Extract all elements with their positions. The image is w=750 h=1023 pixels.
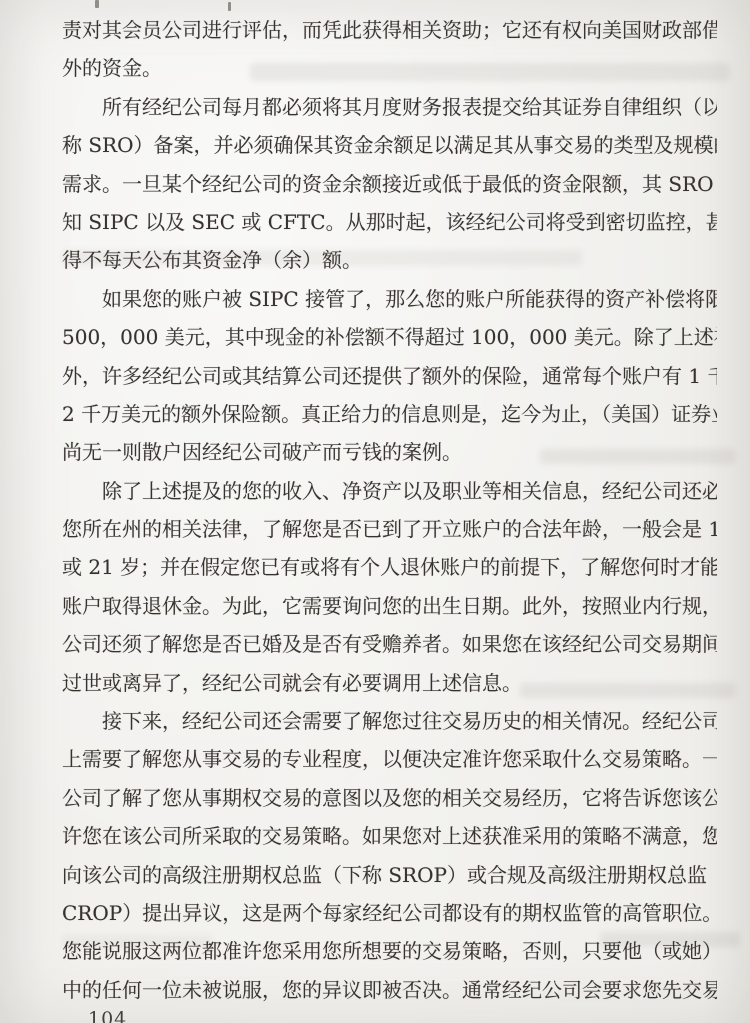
- paragraph: 除了上述提及的您的收入、净资产以及职业等相关信息，经纪公司还必须按 您所在州的相…: [62, 472, 717, 702]
- text-line: 外，许多经纪公司或其结算公司还提供了额外的保险，通常每个账户有 1 千万或: [62, 357, 717, 395]
- text-line: 需求。一旦某个经纪公司的资金余额接近或低于最低的资金限额，其 SRO 将通: [62, 165, 717, 203]
- text-line: 2 千万美元的额外保险额。真正给力的信息则是，迄今为止，（美国）证券业内: [62, 395, 717, 433]
- paragraph: 接下来，经纪公司还会需要了解您过往交易历史的相关情况。经纪公司大致 上需要了解您…: [62, 702, 717, 1009]
- text-line: 公司了解了您从事期权交易的意图以及您的相关交易经历，它将告诉您该公司准: [62, 779, 717, 817]
- text-line: 500，000 美元，其中现金的补偿额不得超过 100，000 美元。除了上述补…: [62, 318, 717, 356]
- paragraph: 责对其会员公司进行评估，而凭此获得相关资助；它还有权向美国财政部借入额 外的资金…: [62, 11, 717, 88]
- text-line: 称 SRO）备案，并必须确保其资金余额足以满足其从事交易的类型及规模的相关: [62, 126, 717, 164]
- text-line: 或 21 岁；并在假定您已有或将有个人退休账户的前提下，了解您何时才能从该: [62, 548, 717, 586]
- text-line: 您能说服这两位都准许您采用您所想要的交易策略，否则，只要他（或她）俩: [62, 932, 717, 970]
- text-line: 尚无一则散户因经纪公司破产而亏钱的案例。: [62, 433, 717, 471]
- text-line: 中的任何一位未被说服，您的异议即被否决。通常经纪公司会要求您先交易几个: [62, 971, 717, 1009]
- text-line: 外的资金。: [62, 49, 717, 87]
- text-line: 您所在州的相关法律，了解您是否已到了开立账户的合法年龄，一般会是 18 岁: [62, 510, 717, 548]
- text-line: 上需要了解您从事交易的专业程度，以便决定准许您采取什么交易策略。一旦该: [62, 740, 717, 778]
- paragraph: 所有经纪公司每月都必须将其月度财务报表提交给其证券自律组织（以下简 称 SRO）…: [62, 88, 717, 280]
- text-line: 公司还须了解您是否已婚及是否有受赡养者。如果您在该经纪公司交易期间不幸: [62, 625, 717, 663]
- scan-speck: [95, 0, 99, 8]
- text-line: 得不每天公布其资金净（余）额。: [62, 241, 717, 279]
- text-line: 除了上述提及的您的收入、净资产以及职业等相关信息，经纪公司还必须按: [62, 472, 717, 510]
- scanned-book-page: { "document": { "page_number": "104", "p…: [0, 0, 750, 1023]
- page-number: 104: [88, 1008, 127, 1023]
- text-line: CROP）提出异议，这是两个每家经纪公司都设有的期权监管的高管职位。除非: [62, 894, 717, 932]
- text-line: 责对其会员公司进行评估，而凭此获得相关资助；它还有权向美国财政部借入额: [62, 11, 717, 49]
- text-line: 账户取得退休金。为此，它需要询问您的出生日期。此外，按照业内行规，经纪: [62, 587, 717, 625]
- text-line: 接下来，经纪公司还会需要了解您过往交易历史的相关情况。经纪公司大致: [62, 702, 717, 740]
- text-line: 所有经纪公司每月都必须将其月度财务报表提交给其证券自律组织（以下简: [62, 88, 717, 126]
- paragraph: 如果您的账户被 SIPC 接管了，那么您的账户所能获得的资产补偿将限于 500，…: [62, 280, 717, 472]
- text-line: 知 SIPC 以及 SEC 或 CFTC。从那时起，该经纪公司将受到密切监控，甚…: [62, 203, 717, 241]
- text-line: 许您在该公司所采取的交易策略。如果您对上述获准采用的策略不满意，您可以: [62, 817, 717, 855]
- text-line: 向该公司的高级注册期权总监（下称 SROP）或合规及高级注册期权总监（下称: [62, 856, 717, 894]
- scan-speck: [228, 2, 231, 11]
- text-line: 过世或离异了，经纪公司就会有必要调用上述信息。: [62, 664, 717, 702]
- text-line: 如果您的账户被 SIPC 接管了，那么您的账户所能获得的资产补偿将限于: [62, 280, 717, 318]
- page-text-block: 责对其会员公司进行评估，而凭此获得相关资助；它还有权向美国财政部借入额 外的资金…: [62, 11, 717, 1009]
